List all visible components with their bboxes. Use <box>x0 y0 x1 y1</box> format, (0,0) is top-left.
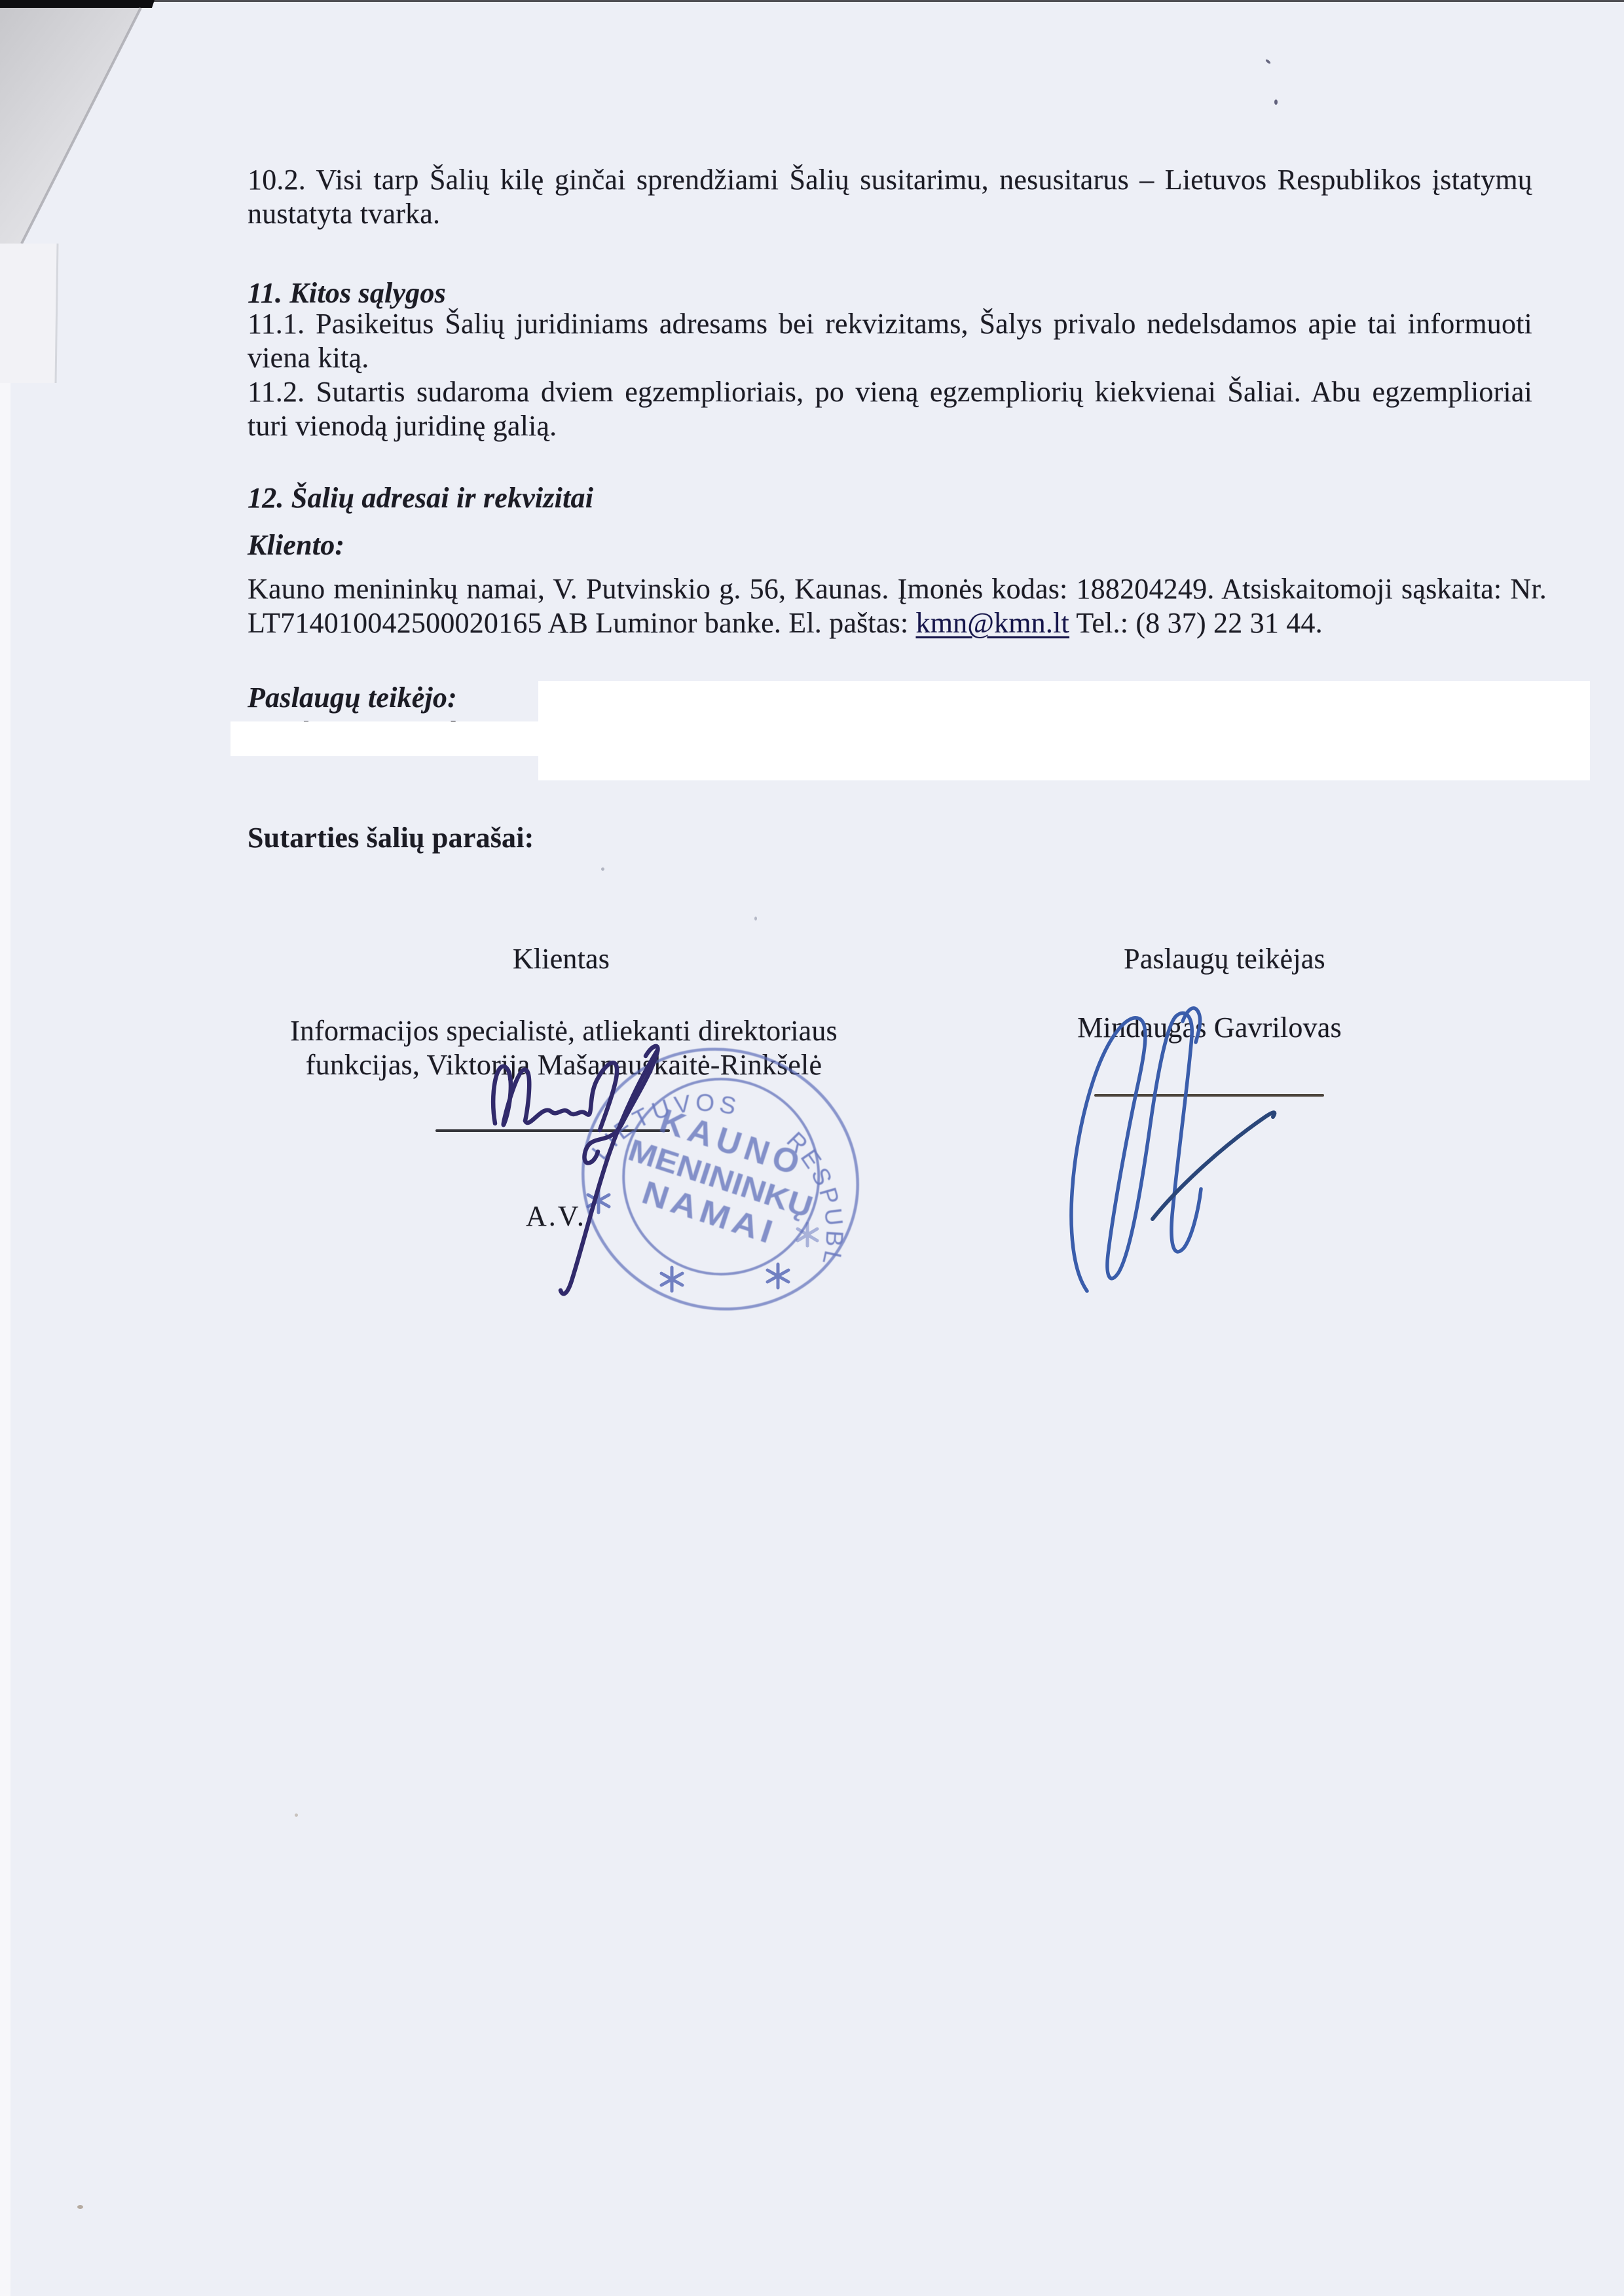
provider-column-title: Paslaugų teikėjas <box>963 942 1486 976</box>
client-column-title: Klientas <box>299 942 823 976</box>
folded-corner-artifact <box>0 0 210 458</box>
client-details-text: Kauno menininkų namai, V. Putvinskio g. … <box>248 573 1547 639</box>
stamp-center-line-2: MENININKŲ <box>624 1132 817 1224</box>
signature-line-client <box>435 1129 670 1132</box>
stamp-asterisk-icon <box>661 1267 682 1291</box>
client-label: Kliento: <box>248 528 344 562</box>
signature-line-provider <box>1094 1094 1324 1097</box>
client-signer-name: Informacijos specialistė, atliekanti dir… <box>269 1014 858 1082</box>
section-heading-11: 11. Kitos sąlygos <box>248 276 446 310</box>
client-details: Kauno menininkų namai, V. Putvinskio g. … <box>248 572 1547 640</box>
dust-speck <box>1274 100 1278 105</box>
dust-speck <box>1265 59 1271 65</box>
client-signature <box>493 1046 657 1294</box>
redaction-box-small <box>231 721 538 756</box>
signatures-heading: Sutarties šalių parašai: <box>248 821 534 855</box>
stamp-center-line-1: KAUNO <box>655 1102 809 1184</box>
dust-speck <box>295 1813 298 1817</box>
provider-signature <box>1071 1008 1201 1291</box>
scanned-contract-page: 10.2. Visi tarp Šalių kilę ginčai sprend… <box>0 0 1624 2296</box>
stamp-asterisk-icon <box>588 1189 609 1212</box>
dust-speck <box>77 2205 83 2209</box>
stamp-asterisks <box>588 1189 817 1291</box>
page-under-flap <box>0 244 59 383</box>
provider-signer-name: Mindaugas Gavrilovas <box>948 1011 1471 1045</box>
clause-10-2: 10.2. Visi tarp Šalių kilę ginčai sprend… <box>248 163 1532 231</box>
client-phone-text: Tel.: (8 37) 22 31 44. <box>1069 607 1323 639</box>
scan-top-edge-line <box>0 0 1624 2</box>
stamp-asterisk-icon <box>767 1264 788 1288</box>
scan-black-corner-bar <box>0 0 155 8</box>
dust-speck <box>601 867 604 871</box>
section-heading-12: 12. Šalių adresai ir rekvizitai <box>248 481 593 515</box>
redaction-box-large <box>538 681 1590 780</box>
stamp-asterisk-icon <box>798 1224 817 1246</box>
clause-11-1: 11.1. Pasikeitus Šalių juridiniams adres… <box>248 307 1532 375</box>
stamp-inner-ring <box>598 1053 844 1300</box>
scanner-background-triangle <box>0 8 141 244</box>
seal-mark-label: A.V. <box>526 1199 586 1233</box>
provider-label: Paslaugų teikėjo: <box>248 681 457 715</box>
stamp-center-line-3: NAMAI <box>638 1174 781 1252</box>
client-email-link: kmn@kmn.lt <box>916 607 1069 639</box>
dust-speck <box>754 917 757 920</box>
clause-11-2: 11.2. Sutartis sudaroma dviem egzemplior… <box>248 375 1532 443</box>
provider-signature-tail <box>1153 1112 1274 1219</box>
